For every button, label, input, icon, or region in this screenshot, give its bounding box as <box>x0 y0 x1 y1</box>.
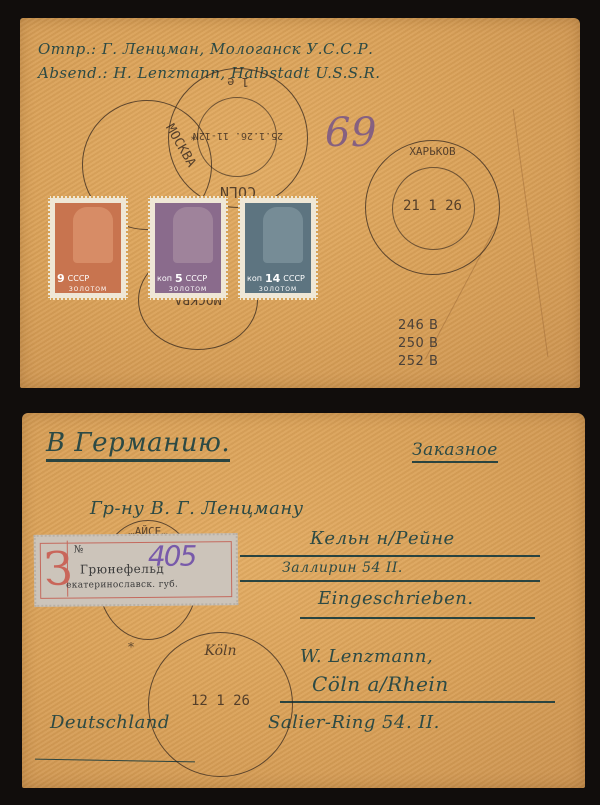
address-line-7: Salier-Ring 54. II. <box>268 712 440 733</box>
pencil-note-1: 246 B <box>398 318 438 333</box>
underline <box>240 580 540 582</box>
underline <box>280 701 555 703</box>
address-line-1: Гр-ну В. Г. Ленцману <box>90 498 304 519</box>
stamp-14-kop: коп14СССР ЗОЛОТОМ <box>238 196 318 300</box>
pencil-note-2: 250 B <box>398 336 438 351</box>
address-line-6: Cöln a/Rhein <box>312 672 449 696</box>
stamp-5-kop: коп5СССР ЗОЛОТОМ <box>148 196 228 300</box>
postmark-coln: CÖLN 25.1.26. 11-12N 1 e <box>168 68 308 208</box>
registration-province: екатеринославск. губ. <box>66 580 178 591</box>
violet-handwritten-mark: 69 <box>325 110 377 156</box>
tear-line <box>513 109 549 357</box>
postmark-partial-star: * <box>128 640 135 654</box>
stamp-9-kop: 9СССР ЗОЛОТОМ <box>48 196 128 300</box>
registration-handwritten-number: 405 <box>148 539 196 572</box>
address-line-5: W. Lenzmann, <box>300 646 433 667</box>
underline <box>300 617 535 619</box>
underline <box>240 555 540 557</box>
address-line-2: Кельн н/Рейне <box>310 528 455 549</box>
postmark-koeln-arrival: Köln 12 1 26 <box>148 632 293 777</box>
registration-number-label: № <box>74 544 84 555</box>
sender-line-russian: Отпр.: Г. Ленцман, Мологанск У.С.С.Р. <box>38 40 373 58</box>
address-line-4: Eingeschrieben. <box>318 588 474 609</box>
registration-letter: З <box>44 541 68 597</box>
registered-header: Заказное <box>412 440 498 463</box>
postmark-kharkov: ХАРЬКОВ 21 1 26 <box>365 140 500 275</box>
registration-label: З № Грюнефельд екатеринославск. губ. 405 <box>34 533 239 607</box>
pencil-note-3: 252 B <box>398 354 438 369</box>
address-line-3: Заллирин 54 II. <box>282 560 403 576</box>
destination-header: В Германию. <box>46 428 230 462</box>
